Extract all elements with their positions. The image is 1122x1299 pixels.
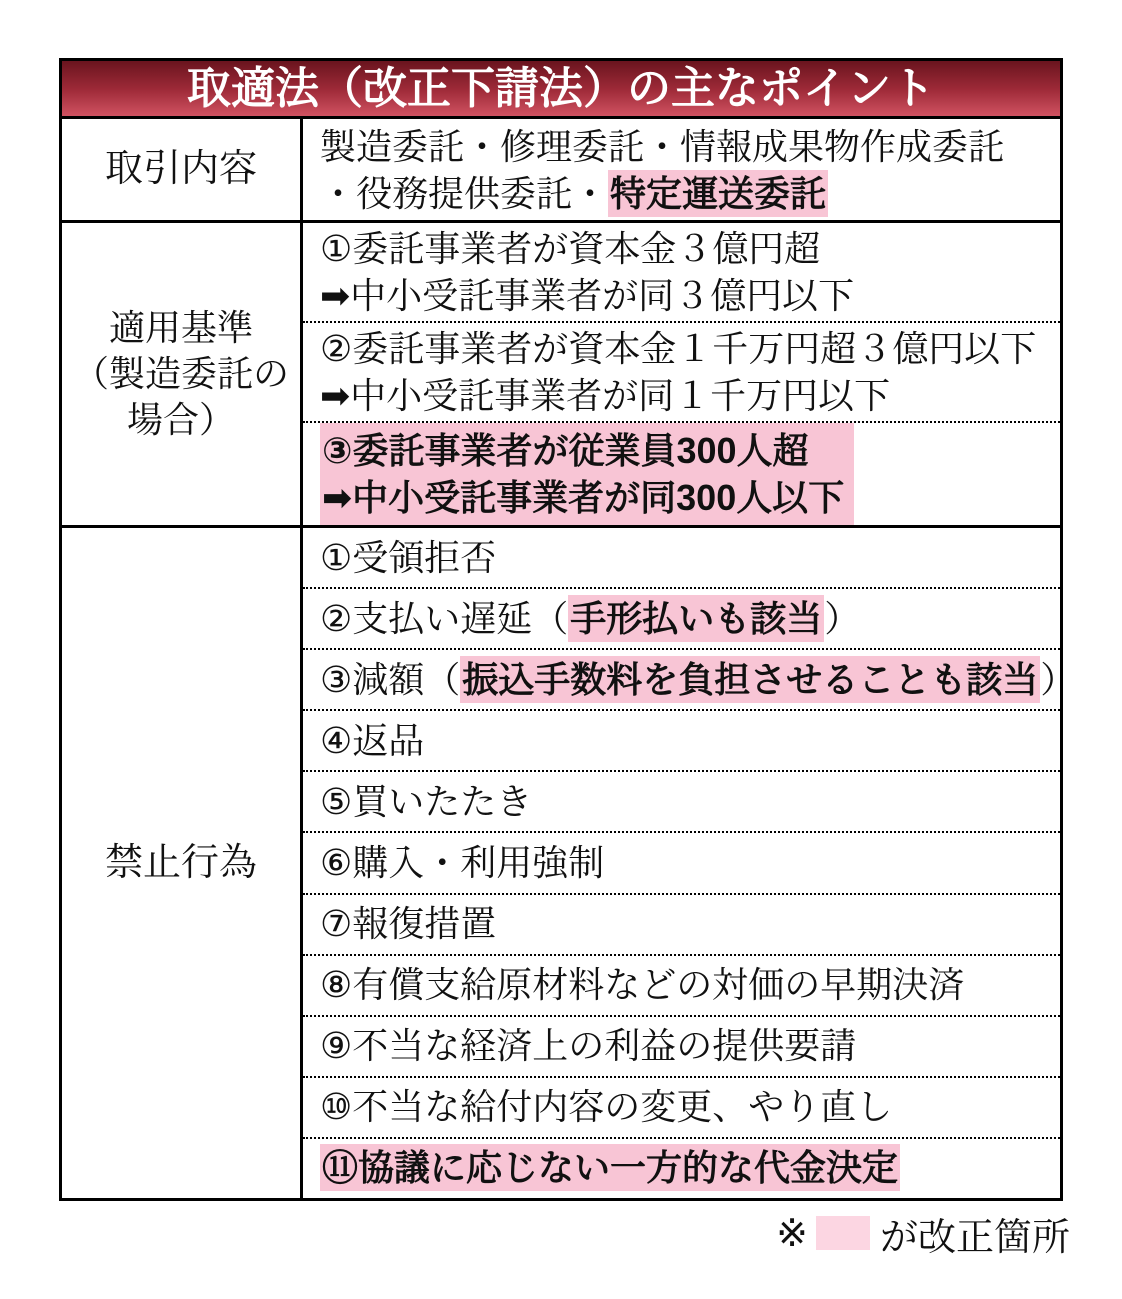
row-label-cell: 取引内容: [62, 119, 303, 220]
item-text: ⑧有償支給原材料などの対価の早期決済: [320, 964, 964, 1005]
row-label-line: 禁止行為: [105, 840, 257, 887]
content-cell: ①委託事業者が資本金３億円超➡中小受託事業者が同３億円以下②委託事業者が資本金１…: [303, 223, 1060, 525]
revision-legend: ※ が改正箇所: [776, 1212, 1070, 1254]
item-row: 製造委託・修理委託・情報成果物作成委託・役務提供委託・特定運送委託: [303, 119, 1060, 220]
revision-highlight-text: 振込手数料を負担させることも該当: [460, 656, 1040, 703]
revision-highlight-text: ➡中小受託事業者が同300人以下: [322, 477, 844, 518]
item-line: ⑤買いたたき: [320, 780, 1060, 824]
item-row: ⑩不当な給付内容の変更、やり直し: [303, 1076, 1060, 1137]
item-text: ②支払い遅延（: [320, 598, 568, 639]
content-cell: 製造委託・修理委託・情報成果物作成委託・役務提供委託・特定運送委託: [303, 119, 1060, 220]
item-text: ①受領拒否: [320, 537, 496, 578]
item-row: ⑧有償支給原材料などの対価の早期決済: [303, 954, 1060, 1015]
legend-pink-swatch: [816, 1216, 870, 1250]
item-line: ②支払い遅延（手形払いも該当）: [320, 597, 1060, 641]
item-line: ➡中小受託事業者が同１千万円以下: [320, 372, 1060, 419]
item-line: ②委託事業者が資本金１千万円超３億円以下: [320, 325, 1060, 372]
row-label-cell: 禁止行為: [62, 528, 303, 1198]
item-text: ③減額（: [320, 659, 460, 700]
item-row: ①委託事業者が資本金３億円超➡中小受託事業者が同３億円以下: [303, 223, 1060, 321]
item-line: ⑪協議に応じない一方的な代金決定: [320, 1146, 1060, 1190]
item-line: ⑩不当な給付内容の変更、やり直し: [320, 1085, 1060, 1129]
row-label-line: 取引内容: [105, 146, 257, 193]
item-line: ⑨不当な経済上の利益の提供要請: [320, 1024, 1060, 1068]
item-text: ⑩不当な給付内容の変更、やり直し: [320, 1086, 892, 1127]
section-row: 取引内容製造委託・修理委託・情報成果物作成委託・役務提供委託・特定運送委託: [62, 119, 1060, 220]
item-line: ➡中小受託事業者が同300人以下: [322, 474, 844, 521]
section-row: 禁止行為①受領拒否②支払い遅延（手形払いも該当）③減額（振込手数料を負担させるこ…: [62, 525, 1060, 1198]
item-line: ③委託事業者が従業員300人超: [322, 427, 844, 474]
item-line: ⑧有償支給原材料などの対価の早期決済: [320, 963, 1060, 1007]
item-line: ➡中小受託事業者が同３億円以下: [320, 272, 1060, 319]
revision-highlight-text: 特定運送委託: [608, 170, 828, 217]
item-text: ）: [824, 598, 860, 639]
item-row: ⑥購入・利用強制: [303, 831, 1060, 892]
item-row: ②支払い遅延（手形払いも該当）: [303, 587, 1060, 648]
content-cell: ①受領拒否②支払い遅延（手形払いも該当）③減額（振込手数料を負担させることも該当…: [303, 528, 1060, 1198]
item-text: ⑤買いたたき: [320, 781, 532, 822]
item-text: ⑥購入・利用強制: [320, 842, 604, 883]
item-row: ①受領拒否: [303, 528, 1060, 587]
item-line: ・役務提供委託・特定運送委託: [320, 170, 1060, 217]
legend-marker: ※: [776, 1211, 808, 1256]
item-row: ④返品: [303, 709, 1060, 770]
row-label-line: 場合）: [127, 397, 235, 443]
item-text: ⑦報復措置: [320, 903, 496, 944]
revision-highlight-text: ⑪協議に応じない一方的な代金決定: [320, 1144, 900, 1191]
item-line: ①受領拒否: [320, 536, 1060, 580]
item-line: ③減額（振込手数料を負担させることも該当）: [320, 658, 1060, 702]
row-label-line: 適用基準: [109, 305, 253, 351]
table-title: 取適法（改正下請法）の主なポイント: [62, 61, 1060, 119]
item-line: ④返品: [320, 719, 1060, 763]
item-text: ）: [1040, 659, 1076, 700]
main-table: 取適法（改正下請法）の主なポイント 取引内容製造委託・修理委託・情報成果物作成委…: [59, 58, 1063, 1201]
row-label-line: （製造委託の: [73, 351, 289, 397]
item-text: ⑨不当な経済上の利益の提供要請: [320, 1025, 856, 1066]
item-text: ➡中小受託事業者が同１千万円以下: [320, 375, 890, 416]
item-line: ⑥購入・利用強制: [320, 841, 1060, 885]
row-label-cell: 適用基準（製造委託の場合）: [62, 223, 303, 525]
table-sections: 取引内容製造委託・修理委託・情報成果物作成委託・役務提供委託・特定運送委託適用基…: [62, 119, 1060, 1198]
legend-label: が改正箇所: [880, 1206, 1070, 1261]
revision-highlight-block: ③委託事業者が従業員300人超➡中小受託事業者が同300人以下: [320, 423, 854, 525]
item-text: ②委託事業者が資本金１千万円超３億円以下: [320, 328, 1036, 369]
item-row: ⑤買いたたき: [303, 770, 1060, 831]
item-text: ➡中小受託事業者が同３億円以下: [320, 275, 854, 316]
item-row: ②委託事業者が資本金１千万円超３億円以下➡中小受託事業者が同１千万円以下: [303, 321, 1060, 421]
item-text: ①委託事業者が資本金３億円超: [320, 228, 820, 269]
item-text: ④返品: [320, 720, 424, 761]
item-line: ⑦報復措置: [320, 902, 1060, 946]
page: { "title": "取適法（改正下請法）の主なポイント", "colors"…: [0, 0, 1122, 1299]
item-row: ⑦報復措置: [303, 893, 1060, 954]
item-row: ③減額（振込手数料を負担させることも該当）: [303, 648, 1060, 709]
item-row: ⑪協議に応じない一方的な代金決定: [303, 1137, 1060, 1198]
item-text: 製造委託・修理委託・情報成果物作成委託: [320, 126, 1004, 167]
item-row: ③委託事業者が従業員300人超➡中小受託事業者が同300人以下: [303, 421, 1060, 525]
item-line: ①委託事業者が資本金３億円超: [320, 225, 1060, 272]
item-text: ・役務提供委託・: [320, 173, 608, 214]
item-row: ⑨不当な経済上の利益の提供要請: [303, 1015, 1060, 1076]
item-line: 製造委託・修理委託・情報成果物作成委託: [320, 123, 1060, 170]
revision-highlight-text: ③委託事業者が従業員300人超: [322, 430, 809, 471]
revision-highlight-text: 手形払いも該当: [568, 595, 824, 642]
section-row: 適用基準（製造委託の場合）①委託事業者が資本金３億円超➡中小受託事業者が同３億円…: [62, 220, 1060, 525]
